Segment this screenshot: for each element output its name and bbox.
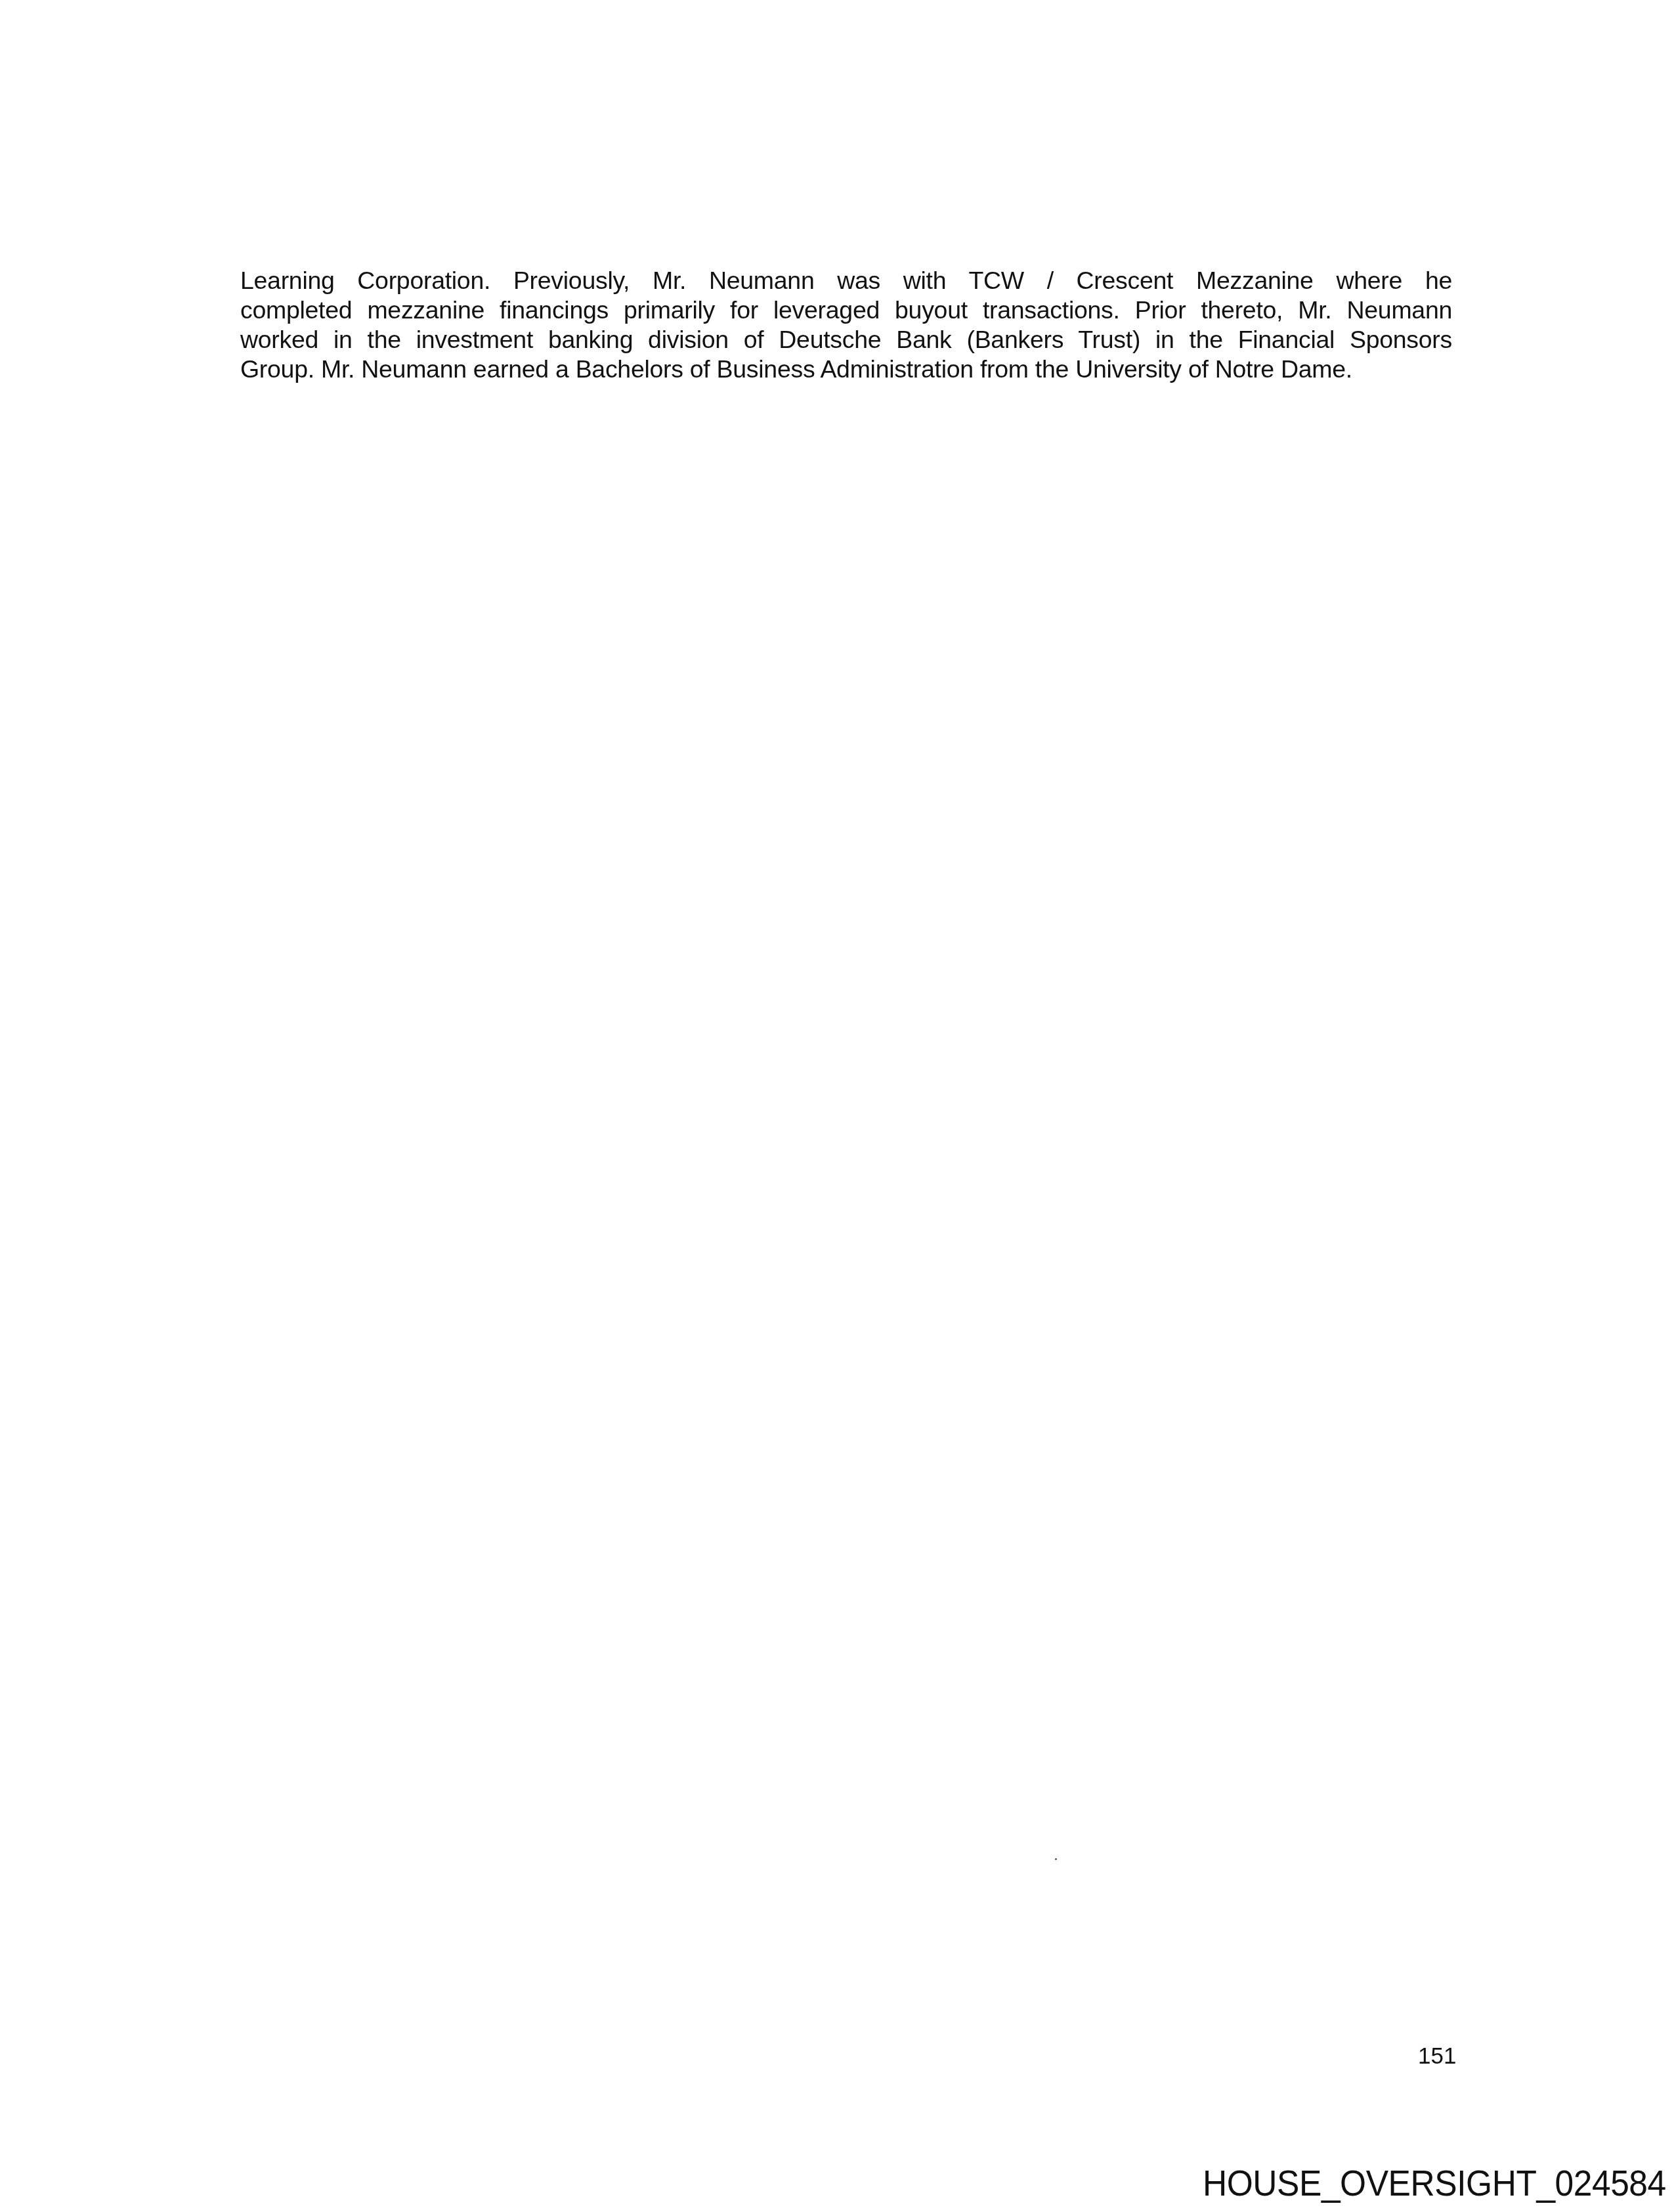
paragraph-line: worked in the investment banking divisio… (240, 325, 1452, 355)
paragraph-line: completed mezzanine financings primarily… (240, 295, 1452, 325)
paragraph-line: Learning Corporation. Previously, Mr. Ne… (240, 266, 1452, 295)
paragraph-line: Group. Mr. Neumann earned a Bachelors of… (240, 355, 1452, 384)
page-number: 151 (1418, 2043, 1456, 2070)
bates-stamp: HOUSE_OVERSIGHT_024584 (1203, 2161, 1666, 2204)
scan-speck (1055, 1858, 1057, 1860)
body-paragraph: Learning Corporation. Previously, Mr. Ne… (240, 266, 1452, 384)
